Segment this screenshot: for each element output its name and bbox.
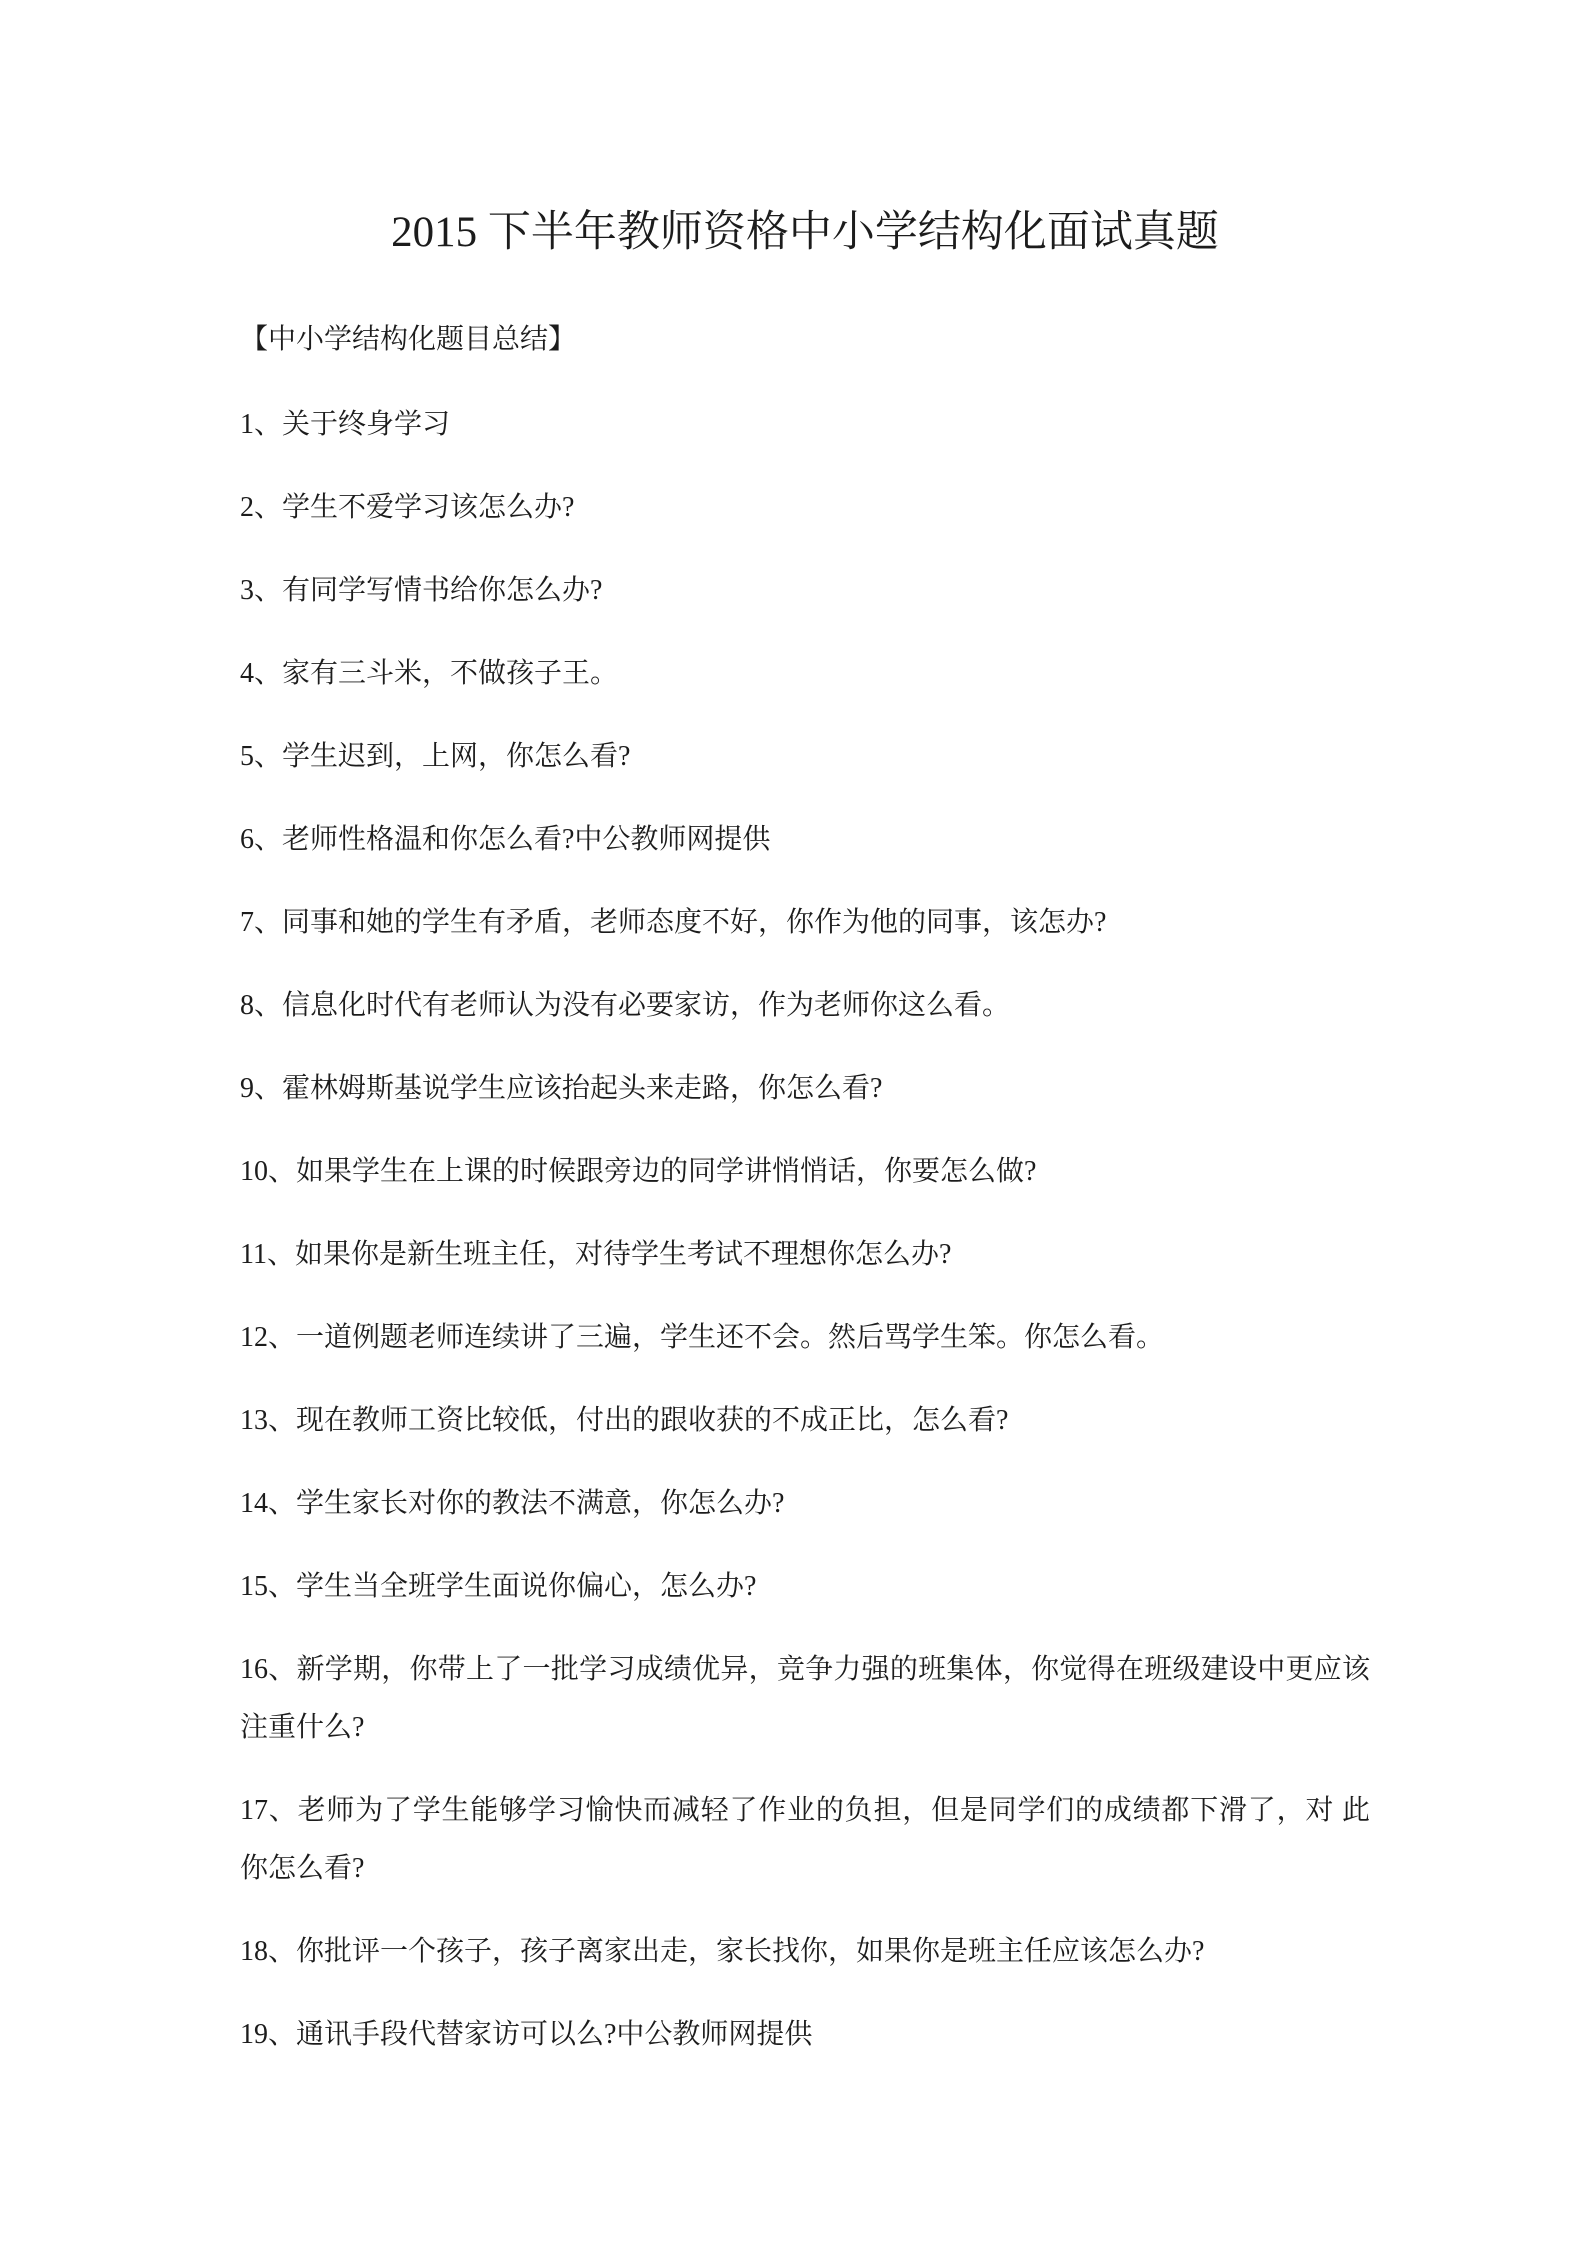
question-item-13: 13、现在教师工资比较低，付出的跟收获的不成正比，怎么看? (240, 1392, 1370, 1450)
question-line: 16、新学期，你带上了一批学习成绩优异，竞争力强的班集体，你觉得在班级建设中更应… (240, 1641, 1370, 1699)
question-item-2: 2、学生不爱学习该怎么办? (240, 479, 1370, 537)
page-title: 2015 下半年教师资格中小学结构化面试真题 (240, 208, 1370, 258)
question-item-12: 12、一道例题老师连续讲了三遍，学生还不会。然后骂学生笨。你怎么看。 (240, 1309, 1370, 1367)
question-item-7: 7、同事和她的学生有矛盾，老师态度不好，你作为他的同事，该怎办? (240, 894, 1370, 952)
question-item-8: 8、信息化时代有老师认为没有必要家访，作为老师你这么看。 (240, 977, 1370, 1035)
question-item-16: 16、新学期，你带上了一批学习成绩优异，竞争力强的班集体，你觉得在班级建设中更应… (240, 1641, 1370, 1757)
question-item-17: 17、老师为了学生能够学习愉快而减轻了作业的负担，但是同学们的成绩都下滑了，对 … (240, 1782, 1370, 1898)
question-item-14: 14、学生家长对你的教法不满意，你怎么办? (240, 1475, 1370, 1533)
question-item-19: 19、通讯手段代替家访可以么?中公教师网提供 (240, 2006, 1370, 2064)
question-item-6: 6、老师性格温和你怎么看?中公教师网提供 (240, 811, 1370, 869)
question-item-1: 1、关于终身学习 (240, 396, 1370, 454)
question-item-18: 18、你批评一个孩子，孩子离家出走，家长找你，如果你是班主任应该怎么办? (240, 1923, 1370, 1981)
question-line: 你怎么看? (240, 1840, 1370, 1898)
question-item-5: 5、学生迟到，上网，你怎么看? (240, 728, 1370, 786)
document-page: 2015 下半年教师资格中小学结构化面试真题 【中小学结构化题目总结】 1、关于… (0, 0, 1586, 2244)
question-item-4: 4、家有三斗米，不做孩子王。 (240, 645, 1370, 703)
question-item-11: 11、如果你是新生班主任，对待学生考试不理想你怎么办? (240, 1226, 1370, 1284)
question-line: 注重什么? (240, 1699, 1370, 1757)
question-item-3: 3、有同学写情书给你怎么办? (240, 562, 1370, 620)
question-item-15: 15、学生当全班学生面说你偏心，怎么办? (240, 1558, 1370, 1616)
question-line: 17、老师为了学生能够学习愉快而减轻了作业的负担，但是同学们的成绩都下滑了，对 … (240, 1782, 1370, 1840)
question-item-9: 9、霍林姆斯基说学生应该抬起头来走路，你怎么看? (240, 1060, 1370, 1118)
section-heading: 【中小学结构化题目总结】 (240, 320, 1370, 360)
question-item-10: 10、如果学生在上课的时候跟旁边的同学讲悄悄话，你要怎么做? (240, 1143, 1370, 1201)
